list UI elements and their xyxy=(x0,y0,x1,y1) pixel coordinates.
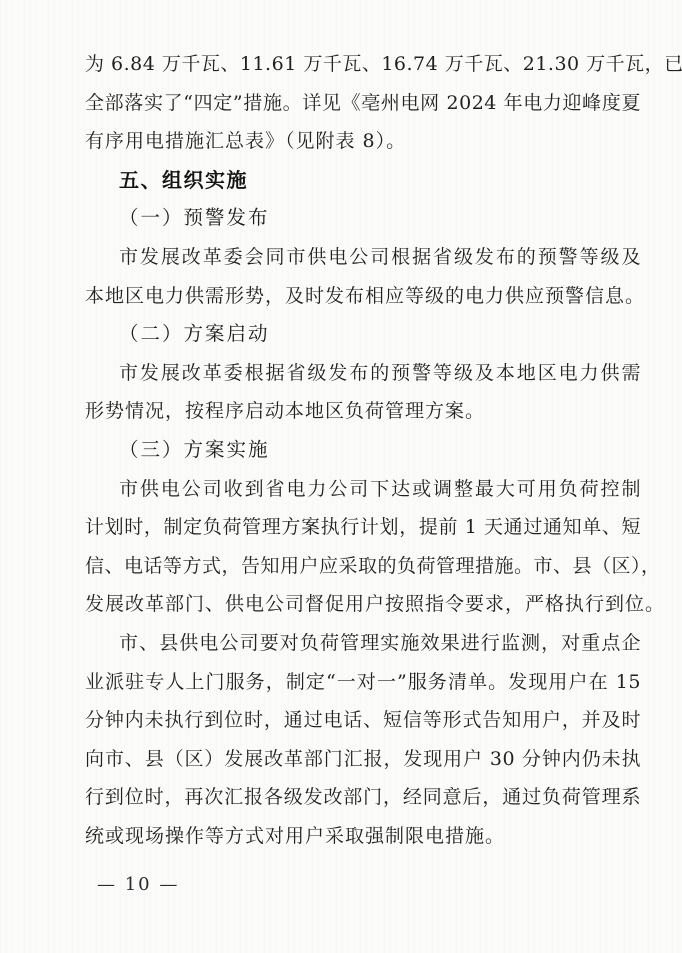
body-line: 市发展改革委会同市供电公司根据省级发布的预警等级及 xyxy=(85,238,641,277)
body-line: 市发展改革委根据省级发布的预警等级及本地区电力供需 xyxy=(85,354,641,393)
body-line: 市、县供电公司要对负荷管理实施效果进行监测，对重点企 xyxy=(85,624,641,663)
section-heading: 五、组织实施 xyxy=(85,161,641,200)
document-content: 为 6.84 万千瓦、11.61 万千瓦、16.74 万千瓦、21.30 万千瓦… xyxy=(85,45,641,855)
document-page: 为 6.84 万千瓦、11.61 万千瓦、16.74 万千瓦、21.30 万千瓦… xyxy=(0,0,682,953)
body-line: 市供电公司收到省电力公司下达或调整最大可用负荷控制 xyxy=(85,470,641,509)
body-line: 统或现场操作等方式对用户采取强制限电措施。 xyxy=(85,817,641,856)
intro-paragraph-line: 全部落实了“四定”措施。详见《亳州电网 2024 年电力迎峰度夏 xyxy=(85,84,641,123)
body-line: 本地区电力供需形势，及时发布相应等级的电力供应预警信息。 xyxy=(85,277,641,316)
subsection-heading: （三）方案实施 xyxy=(85,431,641,470)
intro-paragraph-line: 为 6.84 万千瓦、11.61 万千瓦、16.74 万千瓦、21.30 万千瓦… xyxy=(85,45,641,84)
body-line: 分钟内未执行到位时，通过电话、短信等形式告知用户，并及时 xyxy=(85,701,641,740)
body-line: 向市、县（区）发展改革部门汇报，发现用户 30 分钟内仍未执 xyxy=(85,740,641,779)
page-number: — 10 — xyxy=(97,874,179,895)
subsection-heading: （一）预警发布 xyxy=(85,199,641,238)
body-line: 业派驻专人上门服务，制定“一对一”服务清单。发现用户在 15 xyxy=(85,663,641,702)
body-line: 发展改革部门、供电公司督促用户按照指令要求，严格执行到位。 xyxy=(85,585,641,624)
subsection-heading: （二）方案启动 xyxy=(85,315,641,354)
body-line: 行到位时，再次汇报各级发改部门，经同意后，通过负荷管理系 xyxy=(85,778,641,817)
body-line: 信、电话等方式，告知用户应采取的负荷管理措施。市、县（区）， xyxy=(85,547,641,586)
intro-paragraph-line: 有序用电措施汇总表》（见附表 8）。 xyxy=(85,122,641,161)
body-line: 形势情况，按程序启动本地区负荷管理方案。 xyxy=(85,392,641,431)
body-line: 计划时，制定负荷管理方案执行计划，提前 1 天通过通知单、短 xyxy=(85,508,641,547)
